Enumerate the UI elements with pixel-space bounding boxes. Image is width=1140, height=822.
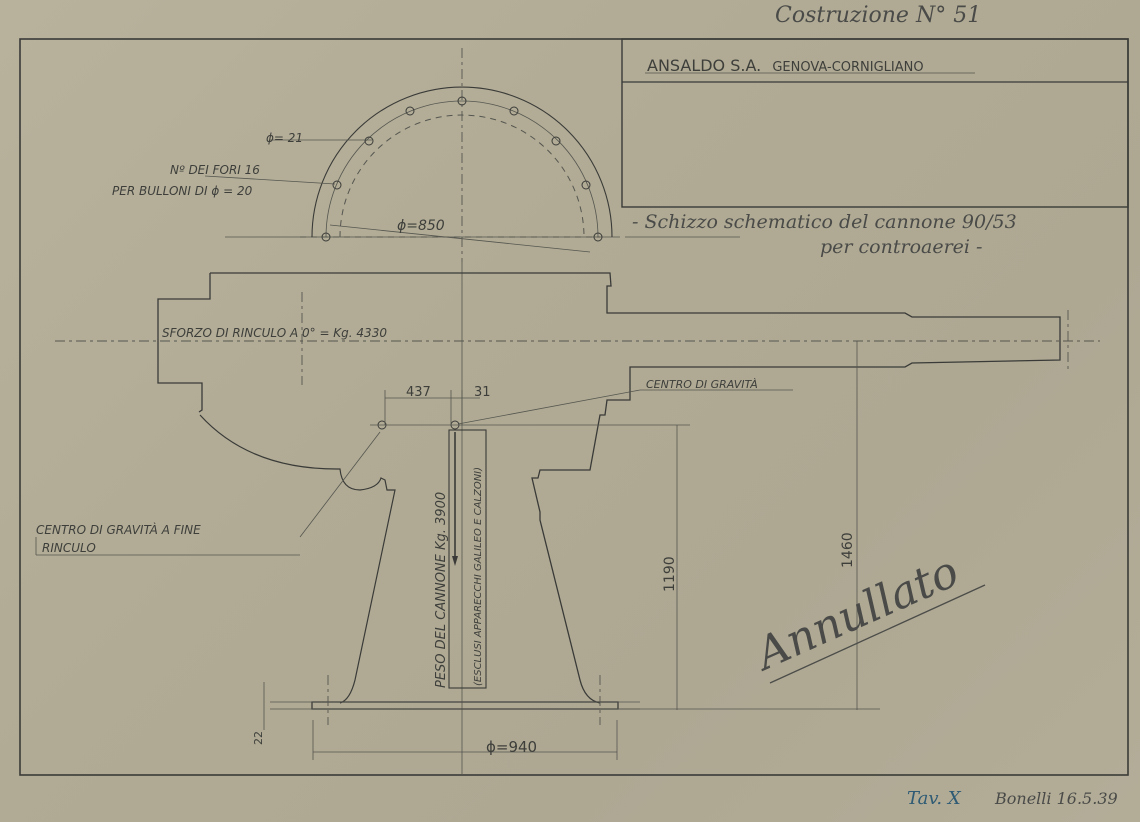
dimension-31: 31 (474, 385, 491, 400)
drawing-frame (20, 39, 1128, 775)
dimension-22: 22 (252, 731, 265, 745)
subject-line-1: - Schizzo schematico del cannone 90/53 (632, 211, 1017, 233)
cg-end-recoil-label-2: RINCULO (42, 541, 96, 555)
plate-number: Tav. X (907, 788, 962, 809)
cg-end-recoil-label-1: CENTRO DI GRAVITÀ A FINE (36, 522, 201, 537)
base-diameter-label: ϕ=940 (486, 738, 537, 756)
bolt-circle-label: ϕ=850 (397, 218, 445, 234)
dimension-1460: 1460 (840, 532, 856, 568)
dimension-1190: 1190 (662, 556, 678, 592)
construction-number: Costruzione N° 51 (775, 3, 981, 28)
technical-drawing: Costruzione N° 51 ANSALDO S.A. GENOVA-CO… (0, 0, 1140, 822)
gun-weight-note: (ESCLUSI APPARECCHI GALILEO E CALZONI) (473, 467, 484, 686)
recoil-force-label: SFORZO DI RINCULO A 0° = Kg. 4330 (162, 326, 387, 340)
holes-count-label: Nº DEI FORI 16 (170, 163, 260, 177)
gun-weight-label: PESO DEL CANNONE Kg. 3900 (434, 492, 449, 688)
signature-date: Bonelli 16.5.39 (994, 789, 1118, 808)
subject-line-2: per controaerei - (820, 236, 982, 258)
dimension-437: 437 (406, 385, 431, 400)
center-of-gravity-label: CENTRO DI GRAVITÀ (646, 378, 758, 391)
company-name: ANSALDO S.A. GENOVA-CORNIGLIANO (647, 56, 924, 75)
hole-diameter-label: ϕ= 21 (266, 131, 303, 145)
bolt-diameter-label: PER BULLONI DI ϕ = 20 (112, 184, 253, 198)
